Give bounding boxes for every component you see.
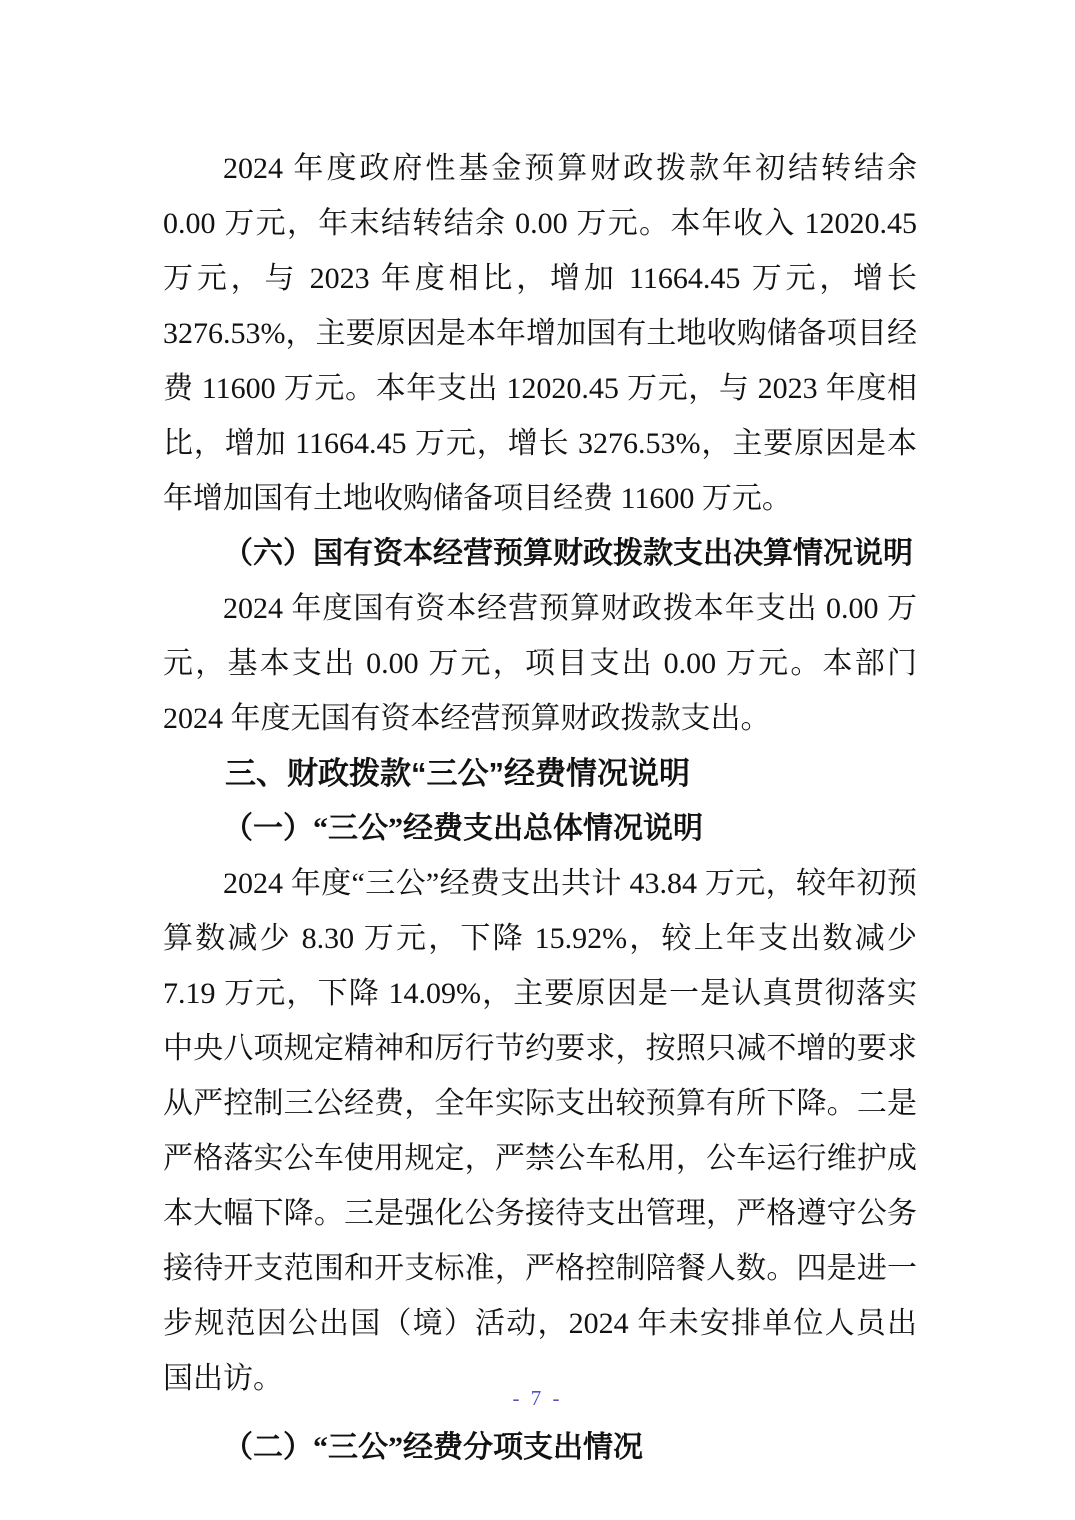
heading-section-six-state-capital: （六）国有资本经营预算财政拨款支出决算情况说明 [163,526,917,581]
paragraph-government-fund-budget: 2024 年度政府性基金预算财政拨款年初结转结余 0.00 万元，年末结转结余 … [163,141,917,526]
heading-part-three-sangong-funds: 三、财政拨款“三公”经费情况说明 [163,746,917,801]
heading-subsection-one-sangong-overview: （一）“三公”经费支出总体情况说明 [163,801,917,856]
document-page: 2024 年度政府性基金预算财政拨款年初结转结余 0.00 万元，年末结转结余 … [0,0,1075,1520]
page-number: - 7 - [0,1386,1075,1411]
document-body: 2024 年度政府性基金预算财政拨款年初结转结余 0.00 万元，年末结转结余 … [163,141,917,1475]
heading-subsection-two-sangong-breakdown: （二）“三公”经费分项支出情况 [163,1420,917,1475]
paragraph-sangong-expense-overview: 2024 年度“三公”经费支出共计 43.84 万元，较年初预算数减少 8.30… [163,856,917,1406]
paragraph-state-capital-budget: 2024 年度国有资本经营预算财政拨本年支出 0.00 万元，基本支出 0.00… [163,581,917,746]
